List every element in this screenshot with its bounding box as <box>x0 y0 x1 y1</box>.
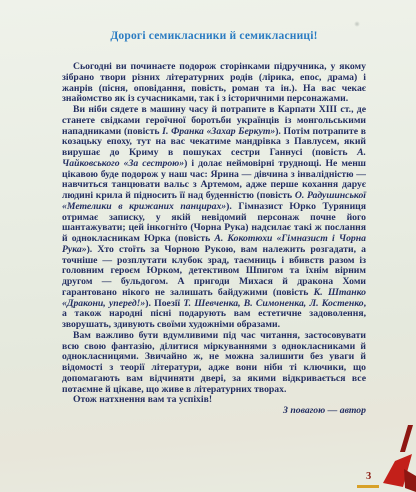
text-run: ). Поезії <box>145 298 183 309</box>
text-run: Сьогодні ви починаєте подорож сторінками… <box>62 61 366 104</box>
advice-paragraph: Вам важливо бути вдумливими під час чита… <box>62 331 366 396</box>
book-page: Дорогі семикласники й семикласниці! Сьог… <box>0 0 416 492</box>
work-title-run: Т. Шевченка, В. Симоненка, Л. Костенко <box>183 298 363 309</box>
work-title-run: І. Франка «Захар Беркут» <box>162 126 275 137</box>
letter-body: Сьогодні ви починаєте подорож сторінками… <box>62 62 366 417</box>
text-run: Отож натхнення вам та успіхів! <box>73 394 212 405</box>
works-overview-paragraph: Ви ніби сядете в машину часу й потрапите… <box>62 105 366 331</box>
print-speck <box>354 21 360 27</box>
signature: З повагою — автор <box>62 406 366 417</box>
flag-strip-dark <box>400 425 413 452</box>
flag-dark-corner <box>404 469 416 492</box>
text-run: Вам важливо бути вдумливими під час чита… <box>62 330 366 395</box>
work-title-run: З повагою — автор <box>283 405 366 416</box>
page-heading: Дорогі семикласники й семикласниці! <box>62 30 366 42</box>
corner-flag-graphic <box>376 422 416 492</box>
intro-paragraph: Сьогодні ви починаєте подорож сторінками… <box>62 62 366 105</box>
page-number: 3 <box>366 471 371 482</box>
